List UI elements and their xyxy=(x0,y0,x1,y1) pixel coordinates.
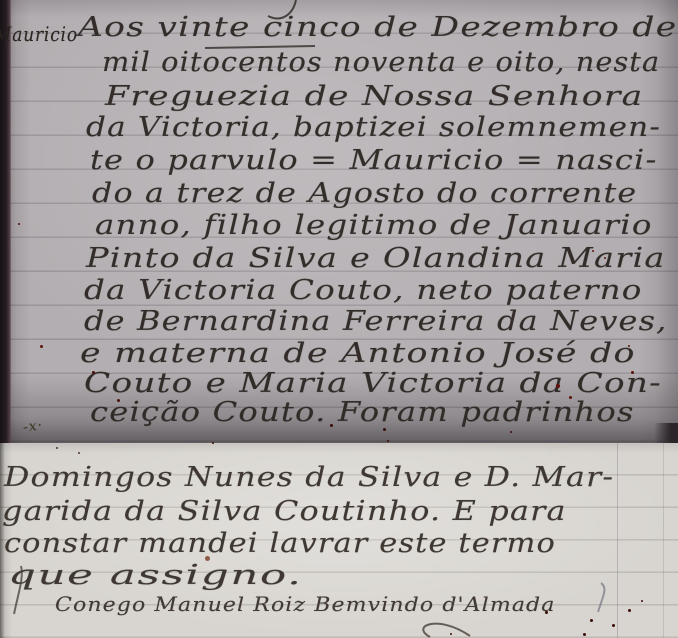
vertical-margin-rule xyxy=(617,443,618,638)
ink-speck xyxy=(592,250,594,252)
register-page-photo: Mauricio Aos vinte cinco de Dezembro de … xyxy=(0,0,678,638)
record-line: garida da Silva Coutinho. E para xyxy=(2,496,567,527)
ink-speck xyxy=(590,619,593,622)
book-spine-edge xyxy=(0,0,11,443)
record-line: que assigno. xyxy=(8,560,303,591)
ink-speck xyxy=(545,611,548,614)
ink-speck xyxy=(117,399,120,402)
ink-speck xyxy=(383,428,386,431)
ink-speck xyxy=(510,431,512,433)
margin-entry-name: Mauricio xyxy=(0,22,78,46)
ink-speck xyxy=(40,345,43,348)
ink-speck xyxy=(330,424,333,427)
ink-speck xyxy=(628,609,631,612)
ink-speck xyxy=(450,633,452,635)
ink-speck xyxy=(604,257,606,259)
record-line: Pinto da Silva e Olandina Maria xyxy=(86,243,666,274)
record-line: de Bernardina Ferreira da Neves, xyxy=(84,306,668,337)
ink-speck xyxy=(212,442,214,444)
record-line: constar mandei lavrar este termo xyxy=(4,528,556,559)
ink-speck xyxy=(18,223,20,225)
ink-speck xyxy=(92,371,95,374)
record-line: Freguezia de Nossa Senhora xyxy=(105,81,644,112)
ink-speck xyxy=(631,371,634,374)
record-line: te o parvulo = Mauricio = nasci- xyxy=(90,145,657,176)
ink-speck xyxy=(387,440,389,442)
record-line: da Victoria, baptizei solemnemen- xyxy=(86,112,661,143)
vertical-margin-rule-2 xyxy=(663,443,664,638)
ink-speck xyxy=(56,447,58,449)
record-line: Couto e Maria Victoria da Con- xyxy=(84,368,662,399)
record-line: ceição Couto. Foram padrinhos xyxy=(90,397,635,428)
record-line: da Victoria Couto, neto paterno xyxy=(84,275,643,306)
ink-speck xyxy=(569,396,572,399)
photo-seam-shadow xyxy=(654,423,678,443)
ink-speck xyxy=(583,633,586,636)
record-line: do a trez de Agosto do corrente xyxy=(92,178,637,209)
ink-speck xyxy=(612,624,615,627)
ink-speck xyxy=(556,384,560,388)
ink-speck xyxy=(78,452,80,454)
priest-signature: Conego Manuel Roiz Bemvindo d'Almada xyxy=(55,592,555,616)
record-line: Aos vinte cinco de Dezembro de xyxy=(78,12,677,43)
record-line: anno, filho legitimo de Januario xyxy=(95,210,653,241)
record-line: e materna de Antonio José do xyxy=(80,338,636,369)
record-line: mil oitocentos noventa e oito, nesta xyxy=(102,47,660,78)
record-line: Domingos Nunes da Silva e D. Mar- xyxy=(4,462,614,493)
ink-speck xyxy=(641,600,643,602)
ink-speck xyxy=(628,345,630,347)
foxing-spot xyxy=(205,556,210,561)
stray-x-mark: -x· xyxy=(22,417,44,436)
